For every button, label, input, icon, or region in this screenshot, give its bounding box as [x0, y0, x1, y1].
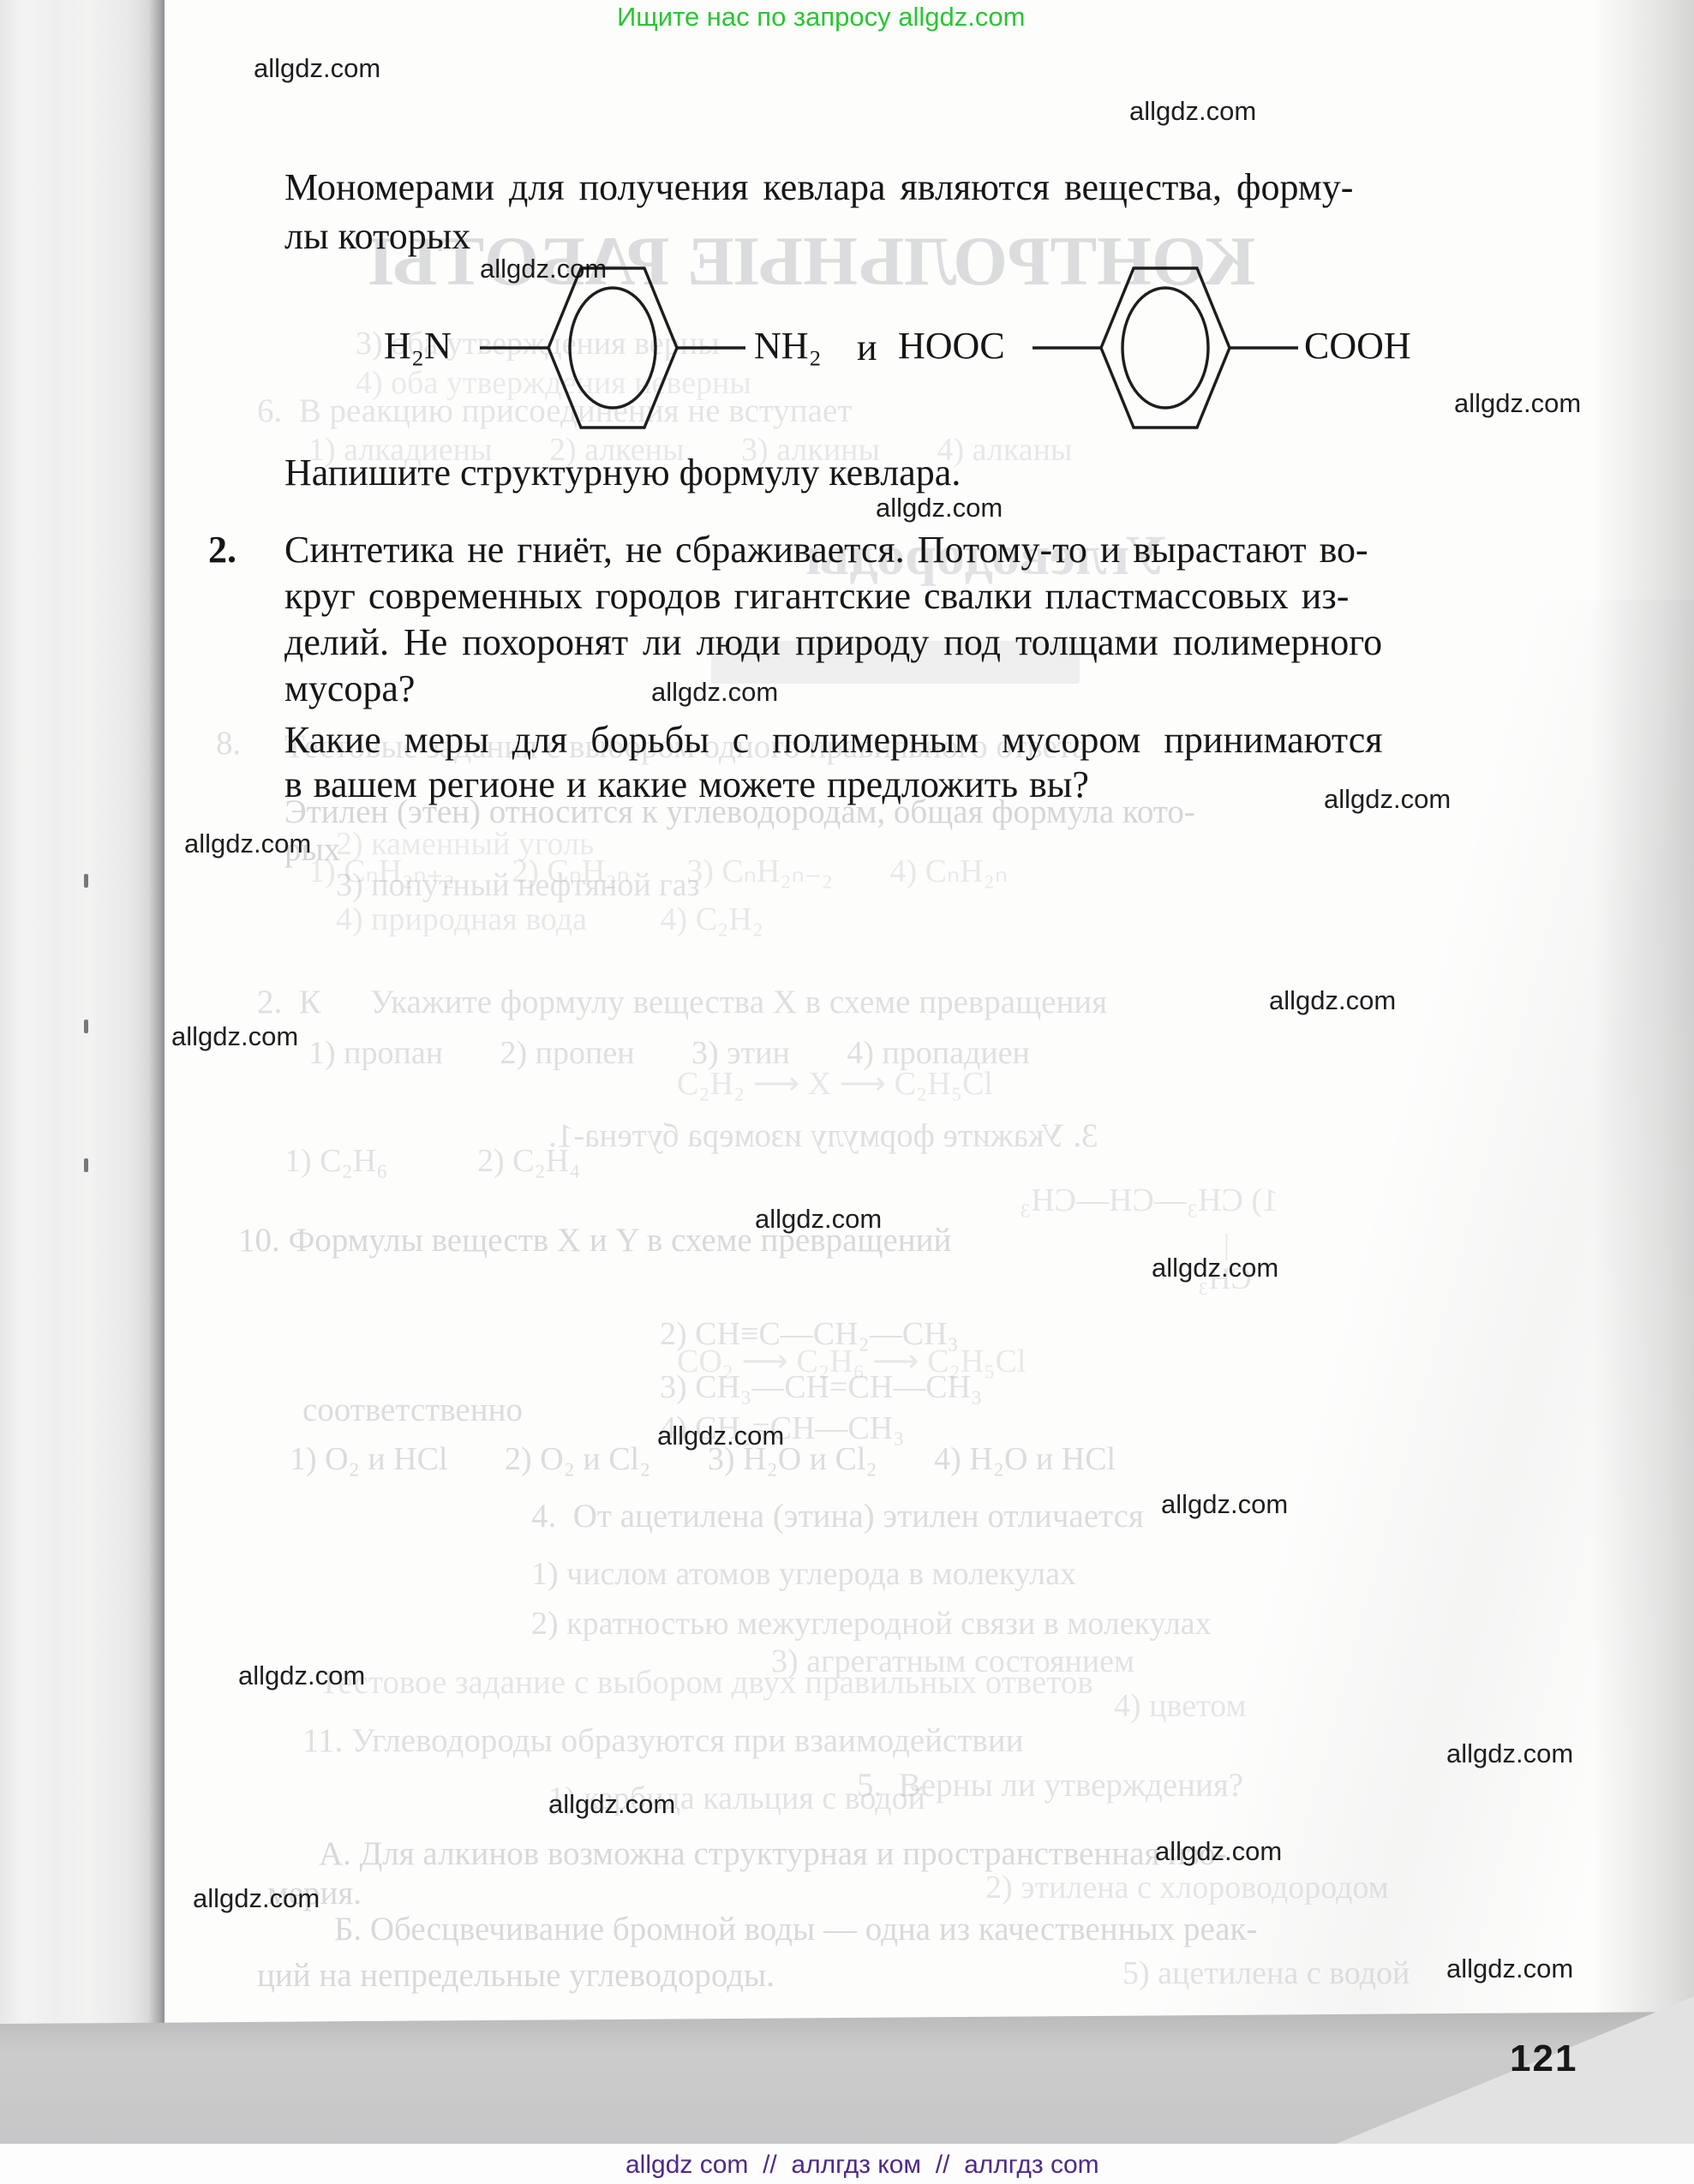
page-number: 121	[1510, 2037, 1577, 2080]
ghost-line: 3. Укажите формулу изомера бутена-1.	[548, 1119, 1098, 1154]
ghost-line: Тестовое задание с выбором двух правильн…	[319, 1666, 1093, 1701]
paragraph-line: лы которых	[284, 216, 470, 257]
footer-sites-text: allgdz com // аллгдз ком // аллгдз com	[626, 2151, 1099, 2180]
watermark: allgdz.com	[1446, 1738, 1573, 1769]
ghost-line: C₂H₂ ⟶ X ⟶ C₂H₅Cl	[677, 1068, 993, 1102]
watermark: allgdz.com	[1155, 1836, 1282, 1867]
watermark: allgdz.com	[657, 1421, 784, 1451]
promo-header-text: Ищите нас по запросу allgdz.com	[617, 2, 1025, 33]
paragraph-line: Синтетика не гниёт, не сбраживается. Пот…	[284, 530, 1368, 571]
watermark: allgdz.com	[1446, 1954, 1573, 1984]
watermark: allgdz.com	[1269, 985, 1396, 1016]
item-number: 2.	[208, 530, 236, 571]
ghost-line: 1) CH₃—CH—CH₃	[1020, 1184, 1278, 1218]
watermark: allgdz.com	[1152, 1253, 1278, 1283]
watermark: allgdz.com	[876, 493, 1003, 524]
formula-label-cooh: COOH	[1304, 324, 1411, 368]
benzene-hexagon	[548, 268, 677, 428]
gutter-stitch	[84, 1158, 88, 1172]
ghost-line: 1) C₂H₆ 2) C₂H₄	[284, 1145, 580, 1179]
watermark: allgdz.com	[548, 1789, 675, 1820]
watermark: allgdz.com	[184, 829, 311, 859]
book-gutter	[0, 0, 165, 2184]
watermark: allgdz.com	[1454, 388, 1581, 419]
ghost-line: 5) ацетилена с водой	[1122, 1957, 1410, 1991]
gutter-stitch	[84, 1020, 88, 1033]
scanned-book-page: { "page": {"width": 1977, "height": 2549…	[0, 0, 1694, 2184]
watermark: allgdz.com	[254, 53, 380, 84]
ghost-line: 2) кратностью межуглеродной связи в моле…	[531, 1607, 1212, 1642]
ghost-line: 2) этилена с хлороводородом	[985, 1871, 1389, 1906]
paragraph-line: мусора?	[284, 668, 415, 709]
ghost-line: Б. Обесцвечивание бромной воды — одна из…	[334, 1912, 1257, 1948]
ghost-line: Укажите формулу вещества X в схеме превр…	[370, 985, 1107, 1020]
paragraph-line: Мономерами для получения кевлара являютс…	[284, 167, 1353, 208]
paragraph-line: Какие меры для борьбы с полимерным мусор…	[284, 720, 1382, 761]
formula-label-h2n: H₂N	[384, 324, 452, 368]
paragraph-line: круг современных городов гигантские свал…	[284, 576, 1349, 617]
ghost-line: 8.	[216, 727, 241, 762]
paragraph-line: в вашем регионе и какие можете предложит…	[284, 764, 1089, 805]
aromatic-circle	[1122, 288, 1208, 408]
ghost-line: ций на непредельные углеводороды.	[257, 1959, 775, 1994]
ghost-line: А. Для алкинов возможна структурная и пр…	[319, 1837, 1227, 1872]
watermark: allgdz.com	[1129, 96, 1256, 127]
ghost-line: 3) CH₃—CH=CH—CH₃	[660, 1371, 982, 1405]
ghost-line: 11. Углеводороды образуются при взаимоде…	[302, 1724, 1024, 1759]
watermark: allgdz.com	[193, 1883, 320, 1914]
paragraph-line: делий. Не похоронят ли люди природу под …	[284, 622, 1382, 663]
aromatic-circle	[570, 288, 655, 408]
ghost-line: 4. От ацетилена (этина) этилен отличаетс…	[531, 1499, 1144, 1535]
task-line: Напишите структурную формулу кевлара.	[284, 452, 961, 494]
ghost-line: 3) попутный нефтяной газ	[336, 869, 700, 903]
benzene-hexagon	[1101, 268, 1230, 428]
ghost-line: 2. К	[257, 985, 321, 1020]
watermark: allgdz.com	[651, 677, 778, 708]
formula-label-hooc: HOOC	[898, 324, 1005, 368]
ghost-line: соответственно	[302, 1393, 523, 1428]
formula-label-nh2: NH₂	[754, 324, 822, 368]
watermark: allgdz.com	[480, 254, 607, 284]
ghost-line: 4) цветом	[1114, 1690, 1247, 1724]
watermark: allgdz.com	[755, 1204, 882, 1235]
benzene-ring-right	[1033, 257, 1298, 439]
watermark: allgdz.com	[1324, 784, 1451, 815]
watermark: allgdz.com	[1161, 1489, 1288, 1520]
gutter-stitch	[84, 874, 88, 888]
watermark: allgdz.com	[238, 1660, 365, 1691]
ghost-line: 4) природная вода 4) C₂H₂	[336, 903, 763, 937]
watermark: allgdz.com	[171, 1021, 298, 1052]
ghost-line: 1) числом атомов углерода в молекулах	[531, 1558, 1076, 1592]
conjunction-label: и	[857, 326, 877, 369]
